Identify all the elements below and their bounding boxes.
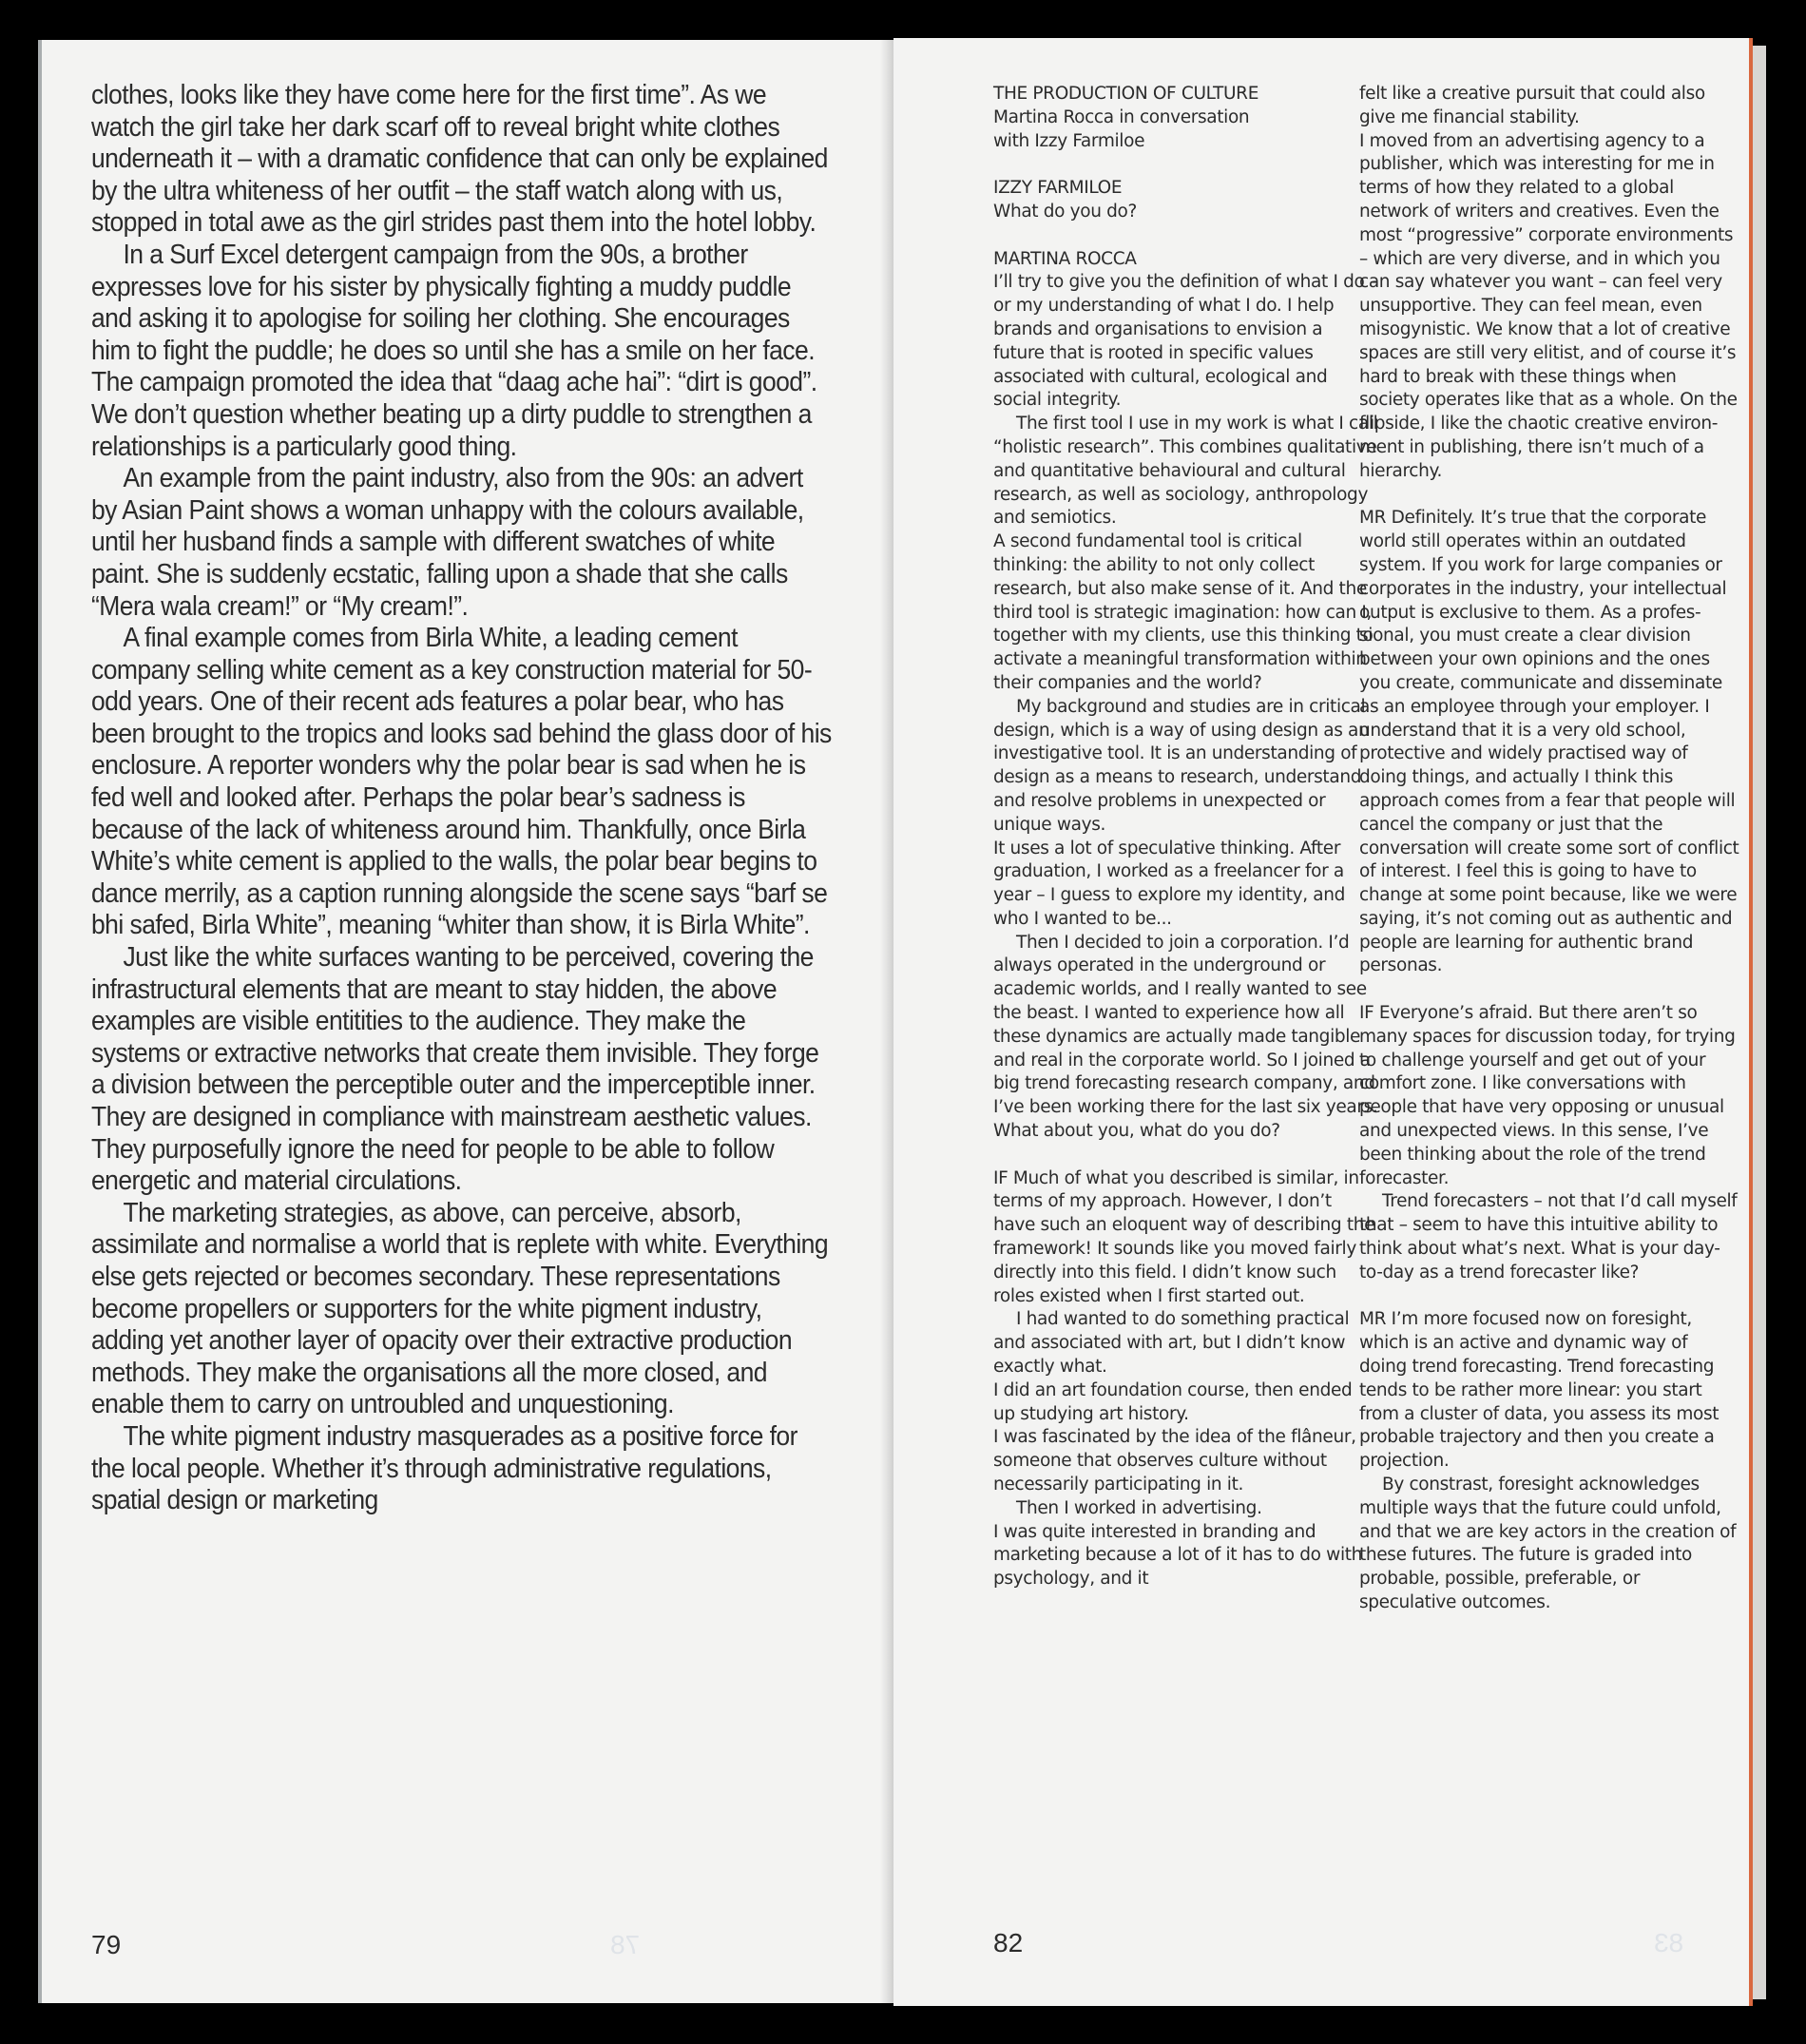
- essay-body: clothes, looks like they have come here …: [91, 80, 834, 1517]
- interview-paragraph: It uses a lot of speculative thinking. A…: [993, 838, 1378, 932]
- article-subtitle: Martina Rocca in conversation: [993, 106, 1378, 130]
- essay-paragraph: The white pigment industry masquerades a…: [91, 1421, 834, 1517]
- interview-paragraph: I was quite interested in branding and m…: [993, 1521, 1378, 1591]
- essay-paragraph: The marketing strategies, as above, can …: [91, 1198, 834, 1421]
- interview-paragraph: My background and studies are in critica…: [993, 696, 1378, 838]
- speaker-name-mr: MARTINA ROCCA: [993, 248, 1378, 272]
- page-block-edge: [1753, 46, 1766, 1999]
- interview-column-left: THE PRODUCTION OF CULTURE Martina Rocca …: [993, 83, 1378, 1591]
- interview-paragraph: The first tool I use in my work is what …: [993, 413, 1378, 530]
- interview-paragraph: Then I decided to join a corpora­tion. I…: [993, 932, 1378, 1144]
- interview-column-right: felt like a creative pursuit that could …: [1359, 83, 1739, 1615]
- interview-paragraph: I had wanted to do something practical a…: [993, 1308, 1378, 1379]
- essay-paragraph: An example from the paint industry, also…: [91, 463, 834, 623]
- interview-question: What do you do?: [993, 201, 1378, 224]
- interview-paragraph: I moved from an advertising agency to a …: [1359, 130, 1739, 484]
- bleed-through-page-number: 78: [610, 1930, 640, 1960]
- interview-paragraph: By constrast, foresight acknowl­edges mu…: [1359, 1474, 1739, 1615]
- interview-paragraph: MR Definitely. It’s true that the corpor…: [1359, 507, 1739, 978]
- speaker-name-if: IZZY FARMILOE: [993, 177, 1378, 201]
- interview-paragraph: IF Everyone’s afraid. But there aren’t s…: [1359, 1002, 1739, 1190]
- essay-paragraph: In a Surf Excel detergent campaign from …: [91, 240, 834, 463]
- essay-paragraph: A final example comes from Birla White, …: [91, 623, 834, 942]
- interview-paragraph: I’ll try to give you the definition of w…: [993, 271, 1378, 413]
- page-number-left: 79: [91, 1930, 121, 1960]
- interview-paragraph: I was fascinated by the idea of the flân…: [993, 1426, 1378, 1496]
- interview-paragraph: felt like a creative pursuit that could …: [1359, 83, 1739, 130]
- essay-paragraph: clothes, looks like they have come here …: [91, 80, 834, 240]
- interview-paragraph: I did an art foundation course, then end…: [993, 1379, 1378, 1427]
- right-page: THE PRODUCTION OF CULTURE Martina Rocca …: [893, 38, 1749, 2006]
- bleed-through-page-number: 83: [1654, 1928, 1683, 1958]
- interview-paragraph: Trend forecasters – not that I’d call my…: [1359, 1190, 1739, 1284]
- page-number-right: 82: [993, 1928, 1023, 1958]
- interview-paragraph: A second fundamental tool is crit­ical t…: [993, 530, 1378, 696]
- article-subtitle: with Izzy Farmiloe: [993, 130, 1378, 154]
- essay-paragraph: Just like the white surfaces wanting to …: [91, 942, 834, 1198]
- left-page: clothes, looks like they have come here …: [38, 40, 889, 2003]
- interview-paragraph: IF Much of what you described is similar…: [993, 1167, 1378, 1309]
- interview-paragraph: Then I worked in advertising.: [993, 1497, 1378, 1521]
- article-title: THE PRODUCTION OF CULTURE: [993, 83, 1378, 106]
- interview-paragraph: MR I’m more focused now on fore­sight, w…: [1359, 1308, 1739, 1474]
